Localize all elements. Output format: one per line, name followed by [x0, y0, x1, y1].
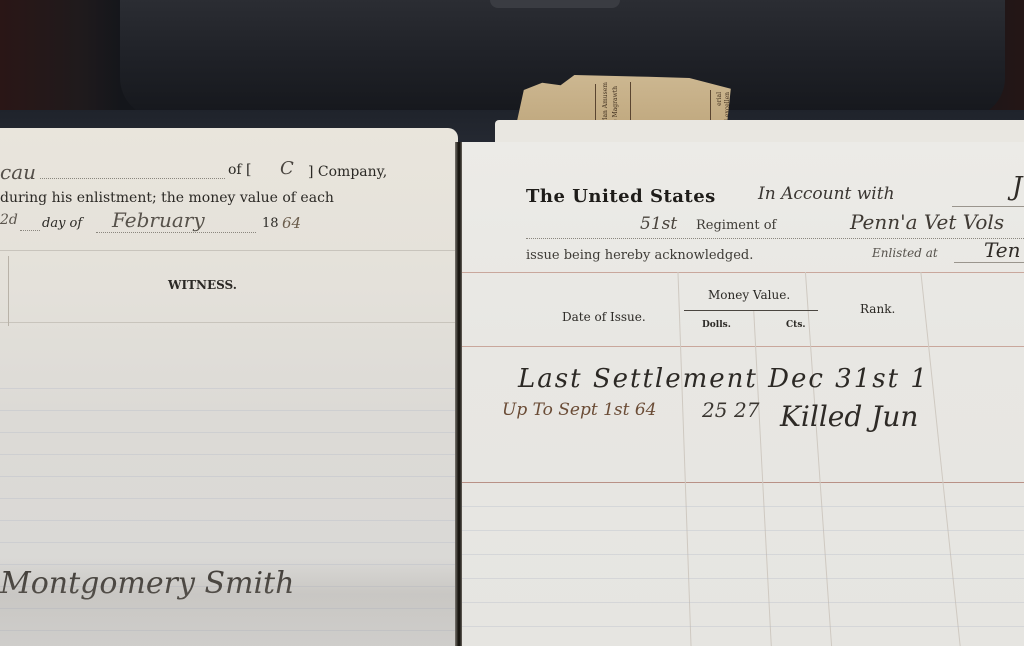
- issue-acknowledged-text: issue being hereby acknowledged.: [526, 248, 753, 263]
- column-header-cts: Cts.: [786, 320, 806, 330]
- handwritten-name-fragment: cau: [0, 160, 36, 184]
- month-handwritten: February: [112, 208, 205, 232]
- row-dollars: 25: [702, 398, 727, 422]
- witness-signature: Montgomery Smith: [0, 566, 294, 601]
- regiment-name: Penn'a Vet Vols: [850, 210, 1004, 234]
- column-header-rank: Rank.: [860, 302, 895, 316]
- enlisted-at-value: Ten: [984, 238, 1021, 262]
- regiment-number: 51st: [640, 214, 677, 234]
- printed-company: ] Company,: [308, 164, 387, 180]
- ledger-right-page: The United States In Account with J 51st…: [462, 142, 1024, 646]
- row-cents: 27: [734, 398, 759, 422]
- printed-enlistment-text: during his enlistment; the money value o…: [0, 190, 334, 206]
- ledger-left-page: cau of [ C ] Company, during his enlistm…: [0, 128, 458, 646]
- witness-label: WITNESS.: [168, 278, 237, 292]
- printed-day-of: day of: [42, 216, 82, 231]
- year-handwritten: 64: [282, 214, 301, 232]
- regiment-of-label: Regiment of: [696, 218, 776, 233]
- day-ordinal: 2d: [0, 212, 18, 228]
- row-date-up-to-sept: Up To Sept 1st 64: [502, 400, 657, 420]
- enlisted-at-label: Enlisted at: [872, 246, 938, 260]
- year-printed: 18: [262, 216, 279, 231]
- company-letter: C: [280, 158, 294, 179]
- account-name-fragment: J: [1012, 172, 1022, 202]
- in-account-with-label: In Account with: [758, 184, 895, 204]
- display-case-handle: [490, 0, 620, 8]
- printed-of: of [: [228, 162, 252, 178]
- title-the-united-states: The United States: [526, 186, 716, 207]
- column-header-money-value: Money Value.: [708, 288, 790, 302]
- row-last-settlement: Last Settlement Dec 31st 1: [518, 364, 929, 394]
- row-note-killed: Killed Jun: [780, 400, 918, 433]
- column-header-dolls: Dolls.: [702, 320, 731, 330]
- column-header-date-of-issue: Date of Issue.: [562, 310, 646, 324]
- scrap-text-3: erial: [716, 92, 723, 106]
- scrap-text-1: Plan Amusem: [602, 82, 609, 124]
